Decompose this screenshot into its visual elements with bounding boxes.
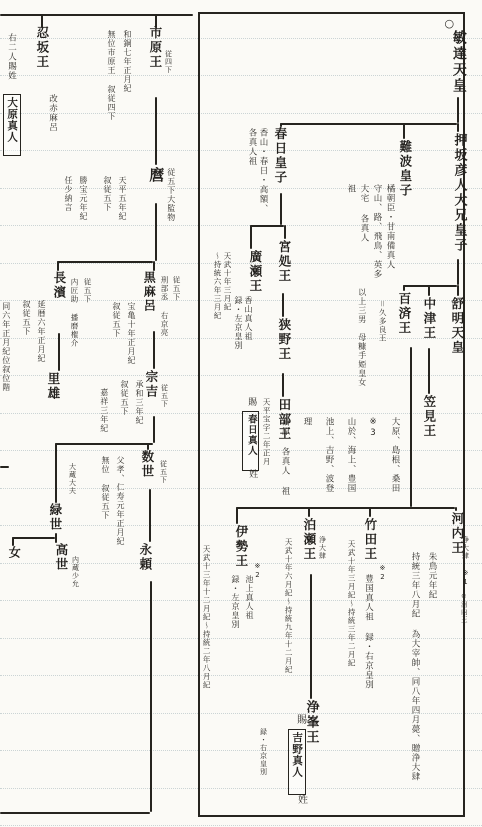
annotation-ise-clan-note: 池上真人祖 録・左京皇別: [222, 575, 256, 697]
person-kuromaro: 黒麻呂: [141, 271, 157, 331]
connector-line: [310, 574, 312, 699]
connector-line: [147, 443, 149, 450]
connector-line: [282, 293, 284, 317]
connector-line: [308, 507, 310, 517]
annotation-rokuyo-title-note: 大蔵大夫: [67, 463, 76, 507]
connector-line: [155, 97, 157, 165]
annotation-yoshino-sei-post: 姓: [294, 794, 308, 808]
annotation-naniwa-clans-note: 橘朝臣・甘南備真人 守山、路、飛鳥、英多 大宅 各真人 祖: [344, 184, 396, 334]
connector-line: [55, 443, 57, 503]
annotation-kuromaro-rank-note: 従五下 刑部丞 右京亮: [160, 276, 182, 368]
annotation-ichihara-record-note: 和銅七年正月紀 無位市原王 叙従四下: [103, 30, 135, 132]
person-rokuyo: 緑世: [46, 503, 63, 535]
connector-line: [12, 537, 55, 539]
annotation-kudara-clans-note: 大原、島根、桑田 ※3 山於、海上、豊国 池上、吉野、波登理 清原 各真人 祖: [318, 417, 406, 501]
annotation-muneyoshi-note2: 嘉祥三年紀: [98, 388, 109, 446]
person-kasuga-miko: 春日皇子: [271, 127, 288, 193]
annotation-kawachi-side-note: ※河内王: [459, 592, 468, 636]
connector-line: [403, 285, 457, 287]
annotation-tabe-date-note: 天平宝字二年正月: [261, 398, 271, 474]
person-osaka-o: 忍坂王: [33, 26, 50, 92]
annotation-mother-note: 以上三男 母糠手姫皇女: [356, 288, 367, 406]
connector-line: [236, 507, 455, 509]
connector-line: [153, 261, 155, 271]
annotation-kawachi-rank-note: 浄大肆 ※1: [460, 536, 469, 588]
connector-line: [57, 261, 59, 271]
connector-line: [410, 347, 412, 507]
connector-line: [428, 348, 430, 394]
annotation-hatsuse-dates-note: 天武十年六月紀〜持統九年十二月紀: [283, 538, 293, 698]
annotation-takayo-title-note: 内蔵少允: [70, 556, 79, 602]
connector-line: [280, 193, 282, 225]
person-bidatsu-tenno: 敏達天皇: [449, 30, 468, 100]
annotation-kawachi-record-note: 朱鳥元年紀 持統三年八月紀 為大宰帥、同八年四月薨、贈浄大肆: [406, 552, 440, 804]
connector-line: [457, 123, 459, 132]
connector-line: [0, 14, 193, 16]
connector-line: [403, 285, 405, 291]
person-kudara-o: 百済王: [395, 292, 412, 348]
annotation-yoshino-reg-note: 録・右京皇別: [258, 728, 267, 792]
person-naniwa-miko: 難波皇子: [396, 140, 413, 202]
connector-line: [457, 259, 459, 285]
person-kasami-o: 笠見王: [420, 395, 437, 449]
annotation-takeda-dates-note: 天武十年三月紀〜持統三年二月紀: [346, 540, 356, 694]
connector-line: [250, 225, 252, 249]
annotation-maro-record-note1: 天平五年紀 叙従五下: [101, 176, 130, 266]
annotation-kasuga-clans-note: 香山・春日・高額、 各真人祖: [246, 128, 268, 220]
person-oshisaka-hikohito-oe: 押坂彦人大兄皇子: [450, 133, 468, 261]
person-nakatsu-o: 中津王: [420, 297, 437, 349]
connector-line: [155, 203, 157, 261]
annotation-yoshino-sei-pre: 賜: [293, 714, 307, 728]
connector-line: [455, 507, 457, 511]
clan-box-ohara-mahito-box: 大原真人: [3, 94, 21, 156]
person-hatsuse-o: 泊瀬王: [300, 518, 317, 574]
annotation-maro-record-note2: 勝宝元年紀 任少納言: [63, 176, 91, 270]
annotation-ise-dates-note: 天武十三年十二月紀〜持統二年八月紀: [201, 545, 211, 703]
annotation-edge-clipped-note: 同六年正月紀位叙位階: [0, 302, 11, 424]
annotation-maro-rank-note: 従五下大監物: [165, 168, 176, 260]
annotation-ichihara-rank-note: 従四下: [163, 50, 172, 84]
annotation-hirose-dates-note: 天武十年三月紀 〜持統六年三月紀: [212, 252, 232, 352]
person-miyako-o: 宮処王: [275, 240, 292, 294]
connector-line: [12, 537, 14, 546]
person-ise-o: 伊勢王: [232, 525, 249, 581]
annotation-nagahama-rank-note: 従五下 内匠助 播磨権介: [69, 278, 94, 390]
connector-line: [280, 123, 457, 125]
annotation-muneyoshi-rank-note: 従五下: [159, 384, 168, 418]
annotation-hirose-clan-note: 香山真人祖 録・左京皇別: [233, 296, 253, 376]
clan-box-kasuga-mahito-box: 春日真人: [242, 411, 259, 471]
connector-line: [284, 225, 286, 239]
annotation-takeda-mark: ※2: [377, 564, 386, 582]
annotation-kazuyo-rank-note: 従五下: [158, 460, 167, 494]
paper-ruled-line: [0, 825, 482, 826]
person-nagayori: 永頼: [136, 543, 153, 585]
annotation-hatsuse-rank-note: 浄大肆: [317, 536, 326, 570]
annotation-nagahama-record-note: 延暦六年正月紀 叙従五下: [21, 300, 49, 394]
person-maro: 麿: [146, 167, 166, 203]
connector-line: [0, 812, 150, 814]
connector-line: [0, 466, 9, 468]
person-ichihara-o: 市原王: [146, 26, 163, 98]
person-sano-o: 狭野王: [275, 318, 292, 374]
connector-line: [250, 225, 284, 227]
person-jomei-tenno: 舒明天皇: [448, 297, 465, 361]
genealogy-chart-scan: 敏達天皇押坂彦人大兄皇子難波皇子春日皇子宮処王廣瀬王狭野王田部王舒明天皇中津王笠…: [0, 0, 482, 827]
connector-line: [282, 373, 284, 397]
person-nagahama: 長濱: [50, 271, 67, 333]
annotation-kasuga-sei-post: 姓: [246, 469, 258, 482]
annotation-kazuyo-record-note: 父孝、仁寿元年正月紀 無位 叙従五下: [99, 456, 128, 584]
annotation-kudara-alias-note: ＝久多良王: [377, 300, 387, 352]
connector-line: [428, 285, 430, 296]
person-musume: 女: [6, 546, 22, 564]
annotation-osaka-rename-note: 改赤麻呂: [46, 94, 57, 140]
annotation-kasuga-sei-pre: 賜: [245, 397, 257, 410]
connector-line: [58, 333, 60, 371]
clan-box-yoshino-mahito-box: 吉野真人: [288, 729, 306, 795]
connector-line: [153, 416, 155, 443]
connector-line: [236, 507, 238, 524]
annotation-bidatsu-circle: ○: [441, 17, 456, 31]
person-takayo: 高世: [52, 543, 69, 585]
connector-line: [149, 489, 151, 542]
annotation-migi-futari-note: 右二人賜姓: [5, 33, 16, 93]
connector-line: [150, 581, 152, 812]
connector-line: [457, 285, 459, 296]
person-takeda-o: 竹田王: [361, 518, 378, 570]
connector-line: [153, 331, 155, 369]
annotation-takeda-clan-note: 豊国真人祖 録・右京皇別: [362, 574, 373, 724]
connector-line: [369, 507, 371, 517]
connector-line: [457, 97, 459, 123]
connector-line: [403, 123, 405, 139]
